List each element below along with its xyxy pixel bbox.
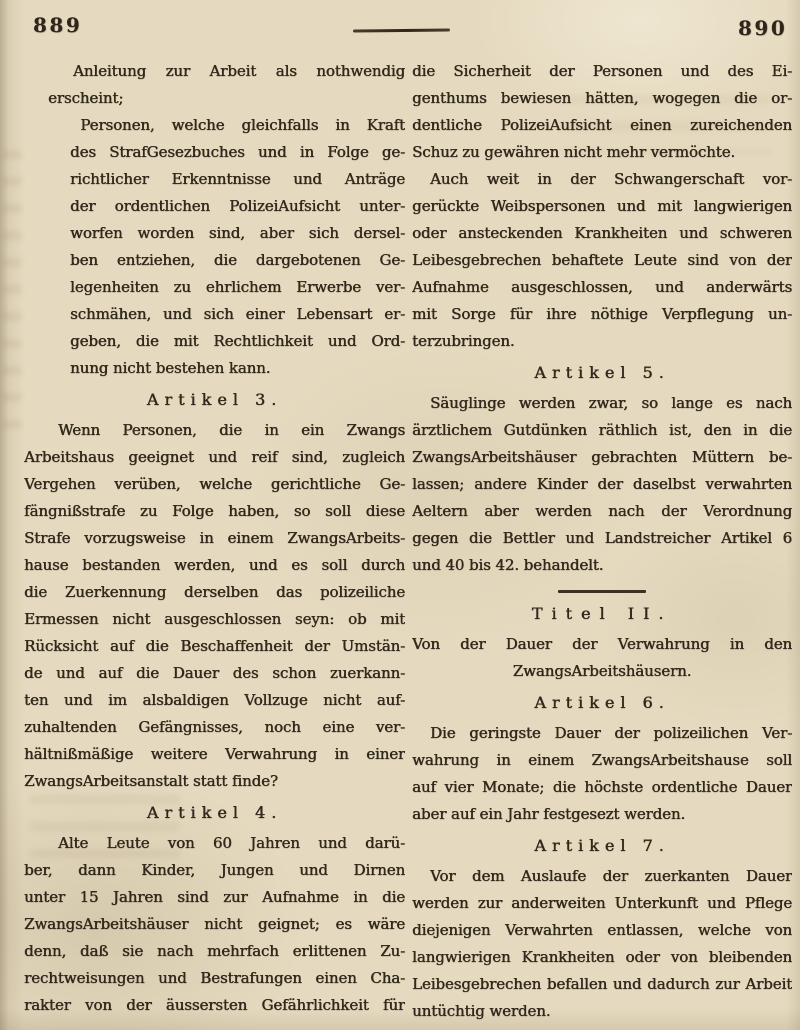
text-line: de und auf die Dauer des schon zuerkann- — [24, 660, 405, 687]
text-line: Alte Leute von 60 Jahren und darü- — [24, 830, 405, 857]
page-number-right: 890 — [738, 16, 787, 40]
text-line: richtlicher Erkenntnisse und Anträge — [70, 166, 405, 193]
text-line: ärztlichem Gutdünken räthlich ist, den i… — [412, 417, 792, 444]
text-line: genthums bewiesen hätten, wogegen die or… — [412, 85, 792, 112]
text-line: terzubringen. — [412, 328, 792, 355]
text-line: aber auf ein Jahr festgesezt werden. — [412, 801, 792, 828]
text-line: Vergehen verüben, welche gerichtliche Ge… — [24, 471, 405, 498]
left-text-column: Anleitung zur Arbeit als nothwendigersch… — [24, 58, 405, 1019]
text-line: Ermessen nicht ausgeschlossen seyn: ob m… — [24, 606, 405, 633]
text-line: geben, die mit Rechtlichkeit und Ord- — [70, 328, 405, 355]
text-block: Die geringste Dauer der polizeilichen Ve… — [412, 720, 792, 828]
section-heading: Artikel 3. — [24, 386, 405, 413]
text-line: ZwangsArbeitsanstalt statt finde? — [24, 768, 405, 795]
text-line: werden zur anderweiten Unterkunft und Pf… — [412, 890, 792, 917]
section-heading: Artikel 6. — [412, 689, 792, 716]
text-block: die Sicherheit der Personen und des Ei-g… — [412, 58, 792, 166]
section-heading: Artikel 4. — [24, 799, 405, 826]
text-line: rechtweisungen und Bestrafungen einen Ch… — [24, 965, 405, 992]
text-line: denn, daß sie nach mehrfach erlittenen Z… — [24, 938, 405, 965]
text-line: erscheint; — [48, 85, 405, 112]
text-line: wahrung in einem ZwangsArbeitshause soll — [412, 747, 792, 774]
text-block: Wenn Personen, die in ein ZwangsArbeitsh… — [24, 417, 405, 795]
section-heading: Titel II. — [412, 600, 792, 627]
text-line: Leibesgebrechen befallen und dadurch zur… — [412, 971, 792, 998]
text-line: diejenigen Verwahrten entlassen, welche … — [412, 917, 792, 944]
text-line: ber, dann Kinder, Jungen und Dirnen — [24, 857, 405, 884]
text-line: Anleitung zur Arbeit als nothwendig — [48, 58, 405, 85]
text-line: Arbeitshaus geeignet und reif sind, zugl… — [24, 444, 405, 471]
text-line: legenheiten zu ehrlichem Erwerbe ver- — [70, 274, 405, 301]
text-line: Leibesgebrechen behaftete Leute sind von… — [412, 247, 792, 274]
text-line: hältnißmäßige weitere Verwahrung in eine… — [24, 741, 405, 768]
text-line: gegen die Bettler und Landstreicher Arti… — [412, 525, 792, 552]
text-line: des StrafGesezbuches und in Folge ge- — [70, 139, 405, 166]
text-line: fängnißstrafe zu Folge haben, so soll di… — [24, 498, 405, 525]
text-line: Wenn Personen, die in ein Zwangs — [24, 417, 405, 444]
text-line: mit Sorge für ihre nöthige Verpflegung u… — [412, 301, 792, 328]
text-line: ZwangsArbeitshäuser gebrachten Müttern b… — [412, 444, 792, 471]
text-block: Von der Dauer der Verwahrung in denZwang… — [412, 631, 792, 685]
text-block: Vor dem Auslaufe der zuerkanten Dauerwer… — [412, 863, 792, 1025]
text-line: langwierigen Krankheiten oder von bleibe… — [412, 944, 792, 971]
text-line: die Zuerkennung derselben das polizeilic… — [24, 579, 405, 606]
section-heading: Artikel 5. — [412, 359, 792, 386]
text-line: hause bestanden werden, und es soll durc… — [24, 552, 405, 579]
text-line: die Sicherheit der Personen und des Ei- — [412, 58, 792, 85]
header-rule — [353, 28, 450, 32]
section-divider — [558, 590, 646, 593]
text-line: rakter von der äussersten Gefährlichkeit… — [24, 992, 405, 1019]
text-block: Säuglinge werden zwar, so lange es nachä… — [412, 390, 792, 579]
text-line: worfen worden sind, aber sich dersel- — [70, 220, 405, 247]
text-line: Strafe vorzugsweise in einem ZwangsArbei… — [24, 525, 405, 552]
text-line: schmähen, und sich einer Lebensart er- — [70, 301, 405, 328]
text-line: Aeltern aber werden nach der Verordnung — [412, 498, 792, 525]
text-line: und 40 bis 42. behandelt. — [412, 552, 792, 579]
text-line: auf vier Monate; die höchste ordentliche… — [412, 774, 792, 801]
text-line: ZwangsArbeitshäusern. — [412, 658, 792, 685]
page-number-left: 889 — [33, 13, 82, 37]
text-line: nung nicht bestehen kann. — [70, 355, 405, 382]
text-line: Säuglinge werden zwar, so lange es nach — [412, 390, 792, 417]
text-line: Auch weit in der Schwangerschaft vor- — [412, 166, 792, 193]
text-line: Aufnahme ausgeschlossen, und anderwärts — [412, 274, 792, 301]
text-line: lassen; andere Kinder der daselbst verwa… — [412, 471, 792, 498]
text-line: Vor dem Auslaufe der zuerkanten Dauer — [412, 863, 792, 890]
text-line: der ordentlichen PolizeiAufsicht unter- — [70, 193, 405, 220]
text-line: ten und im alsbaldigen Vollzuge nicht au… — [24, 687, 405, 714]
text-line: gerückte Weibspersonen und mit langwieri… — [412, 193, 792, 220]
text-line: Schuz zu gewähren nicht mehr vermöchte. — [412, 139, 792, 166]
text-line: zuhaltenden Gefängnisses, noch eine ver- — [24, 714, 405, 741]
text-line: ZwangsArbeitshäuser nicht geignet; es wä… — [24, 911, 405, 938]
text-block: Auch weit in der Schwangerschaft vor-ger… — [412, 166, 792, 355]
bleed-through-smudge — [2, 150, 22, 440]
text-block: Anleitung zur Arbeit als nothwendigersch… — [48, 58, 405, 112]
text-line: Rücksicht auf die Beschaffenheit der Ums… — [24, 633, 405, 660]
text-line: unter 15 Jahren sind zur Aufnahme in die — [24, 884, 405, 911]
text-line: ben entziehen, die dargebotenen Ge- — [70, 247, 405, 274]
text-line: Von der Dauer der Verwahrung in den — [412, 631, 792, 658]
text-line: untüchtig werden. — [412, 998, 792, 1025]
book-page-scan: 889 890 Anleitung zur Arbeit als nothwen… — [0, 0, 800, 1030]
text-line: oder ansteckenden Krankheiten und schwer… — [412, 220, 792, 247]
text-line: Die geringste Dauer der polizeilichen Ve… — [412, 720, 792, 747]
text-line: 3) Personen, welche gleichfalls in Kraft — [70, 112, 405, 139]
right-text-column: die Sicherheit der Personen und des Ei-g… — [412, 58, 792, 1025]
section-heading: Artikel 7. — [412, 832, 792, 859]
text-block: Alte Leute von 60 Jahren und darü-ber, d… — [24, 830, 405, 1019]
text-line: dentliche PolizeiAufsicht einen zureiche… — [412, 112, 792, 139]
text-block: 3) Personen, welche gleichfalls in Kraft… — [48, 112, 405, 382]
